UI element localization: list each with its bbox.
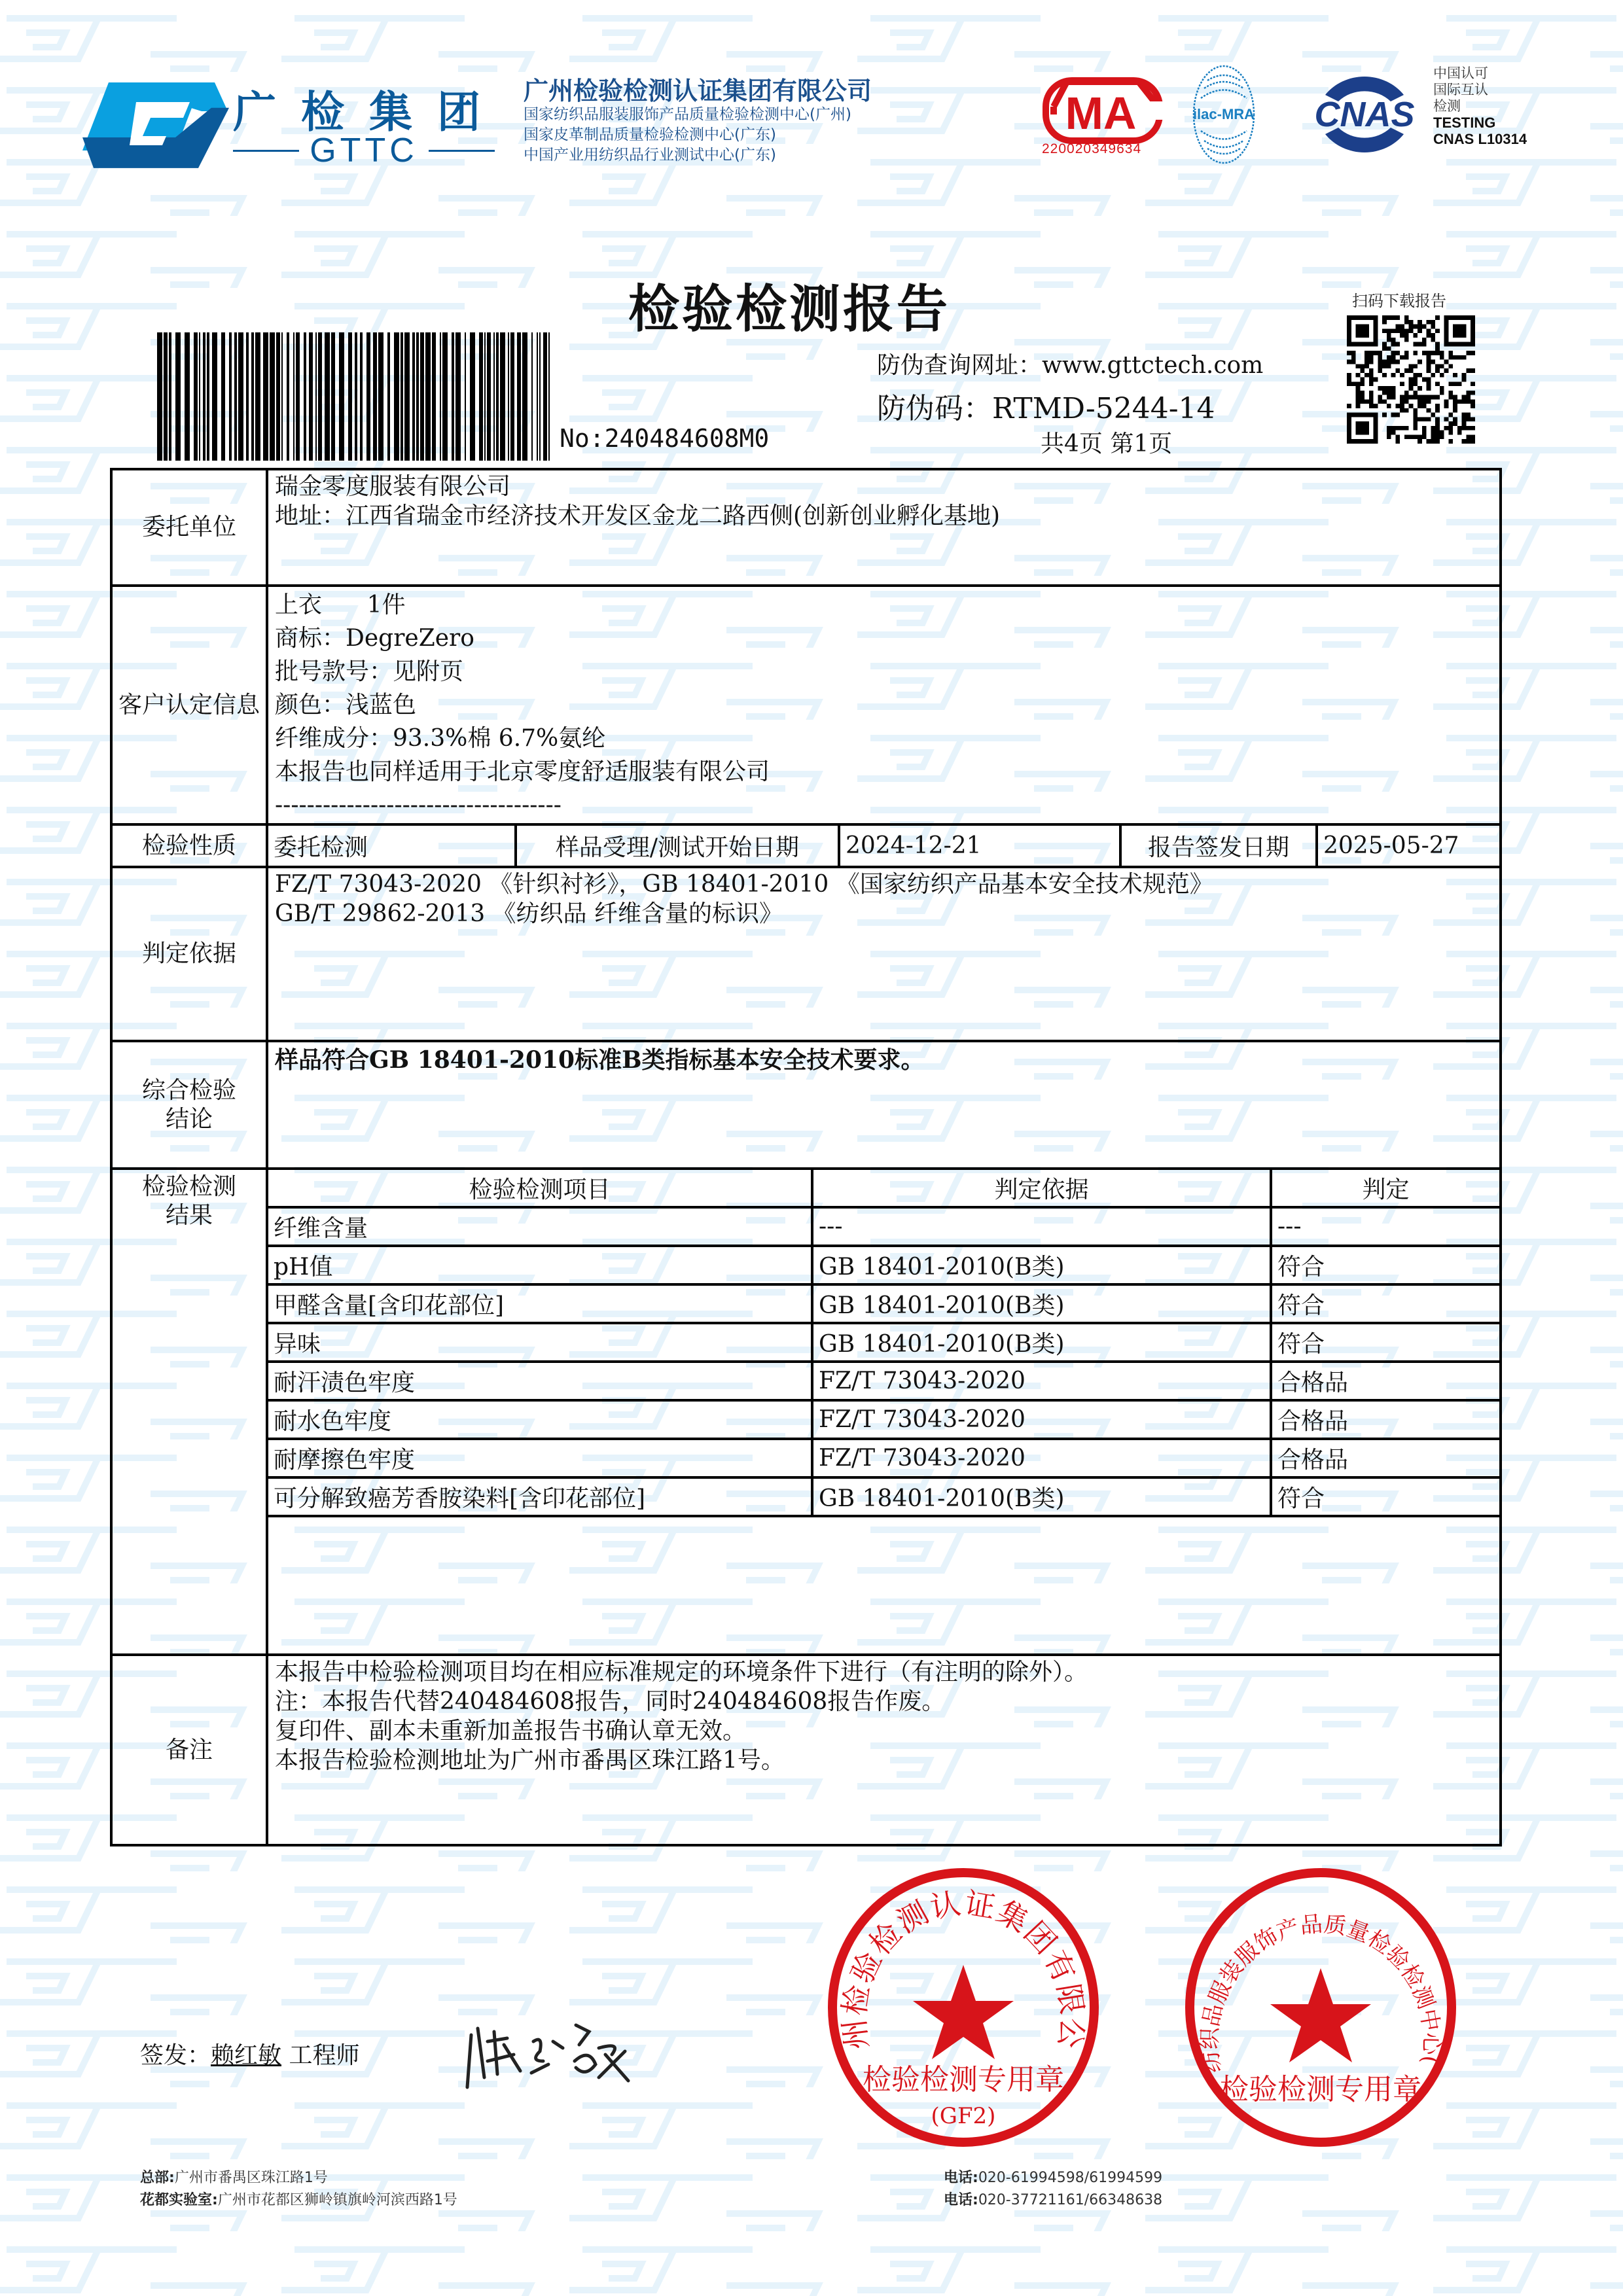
row-customer-info: 客户认定信息 上衣 1件商标：DegreZero批号款号：见附页颜色：浅蓝色纤维… bbox=[113, 587, 1499, 826]
row-conclusion: 综合检验结论 样品符合GB 18401-2010标准B类指标基本安全技术要求。 bbox=[113, 1042, 1499, 1170]
report-table: 委托单位 瑞金零度服装有限公司地址：江西省瑞金市经济技术开发区金龙二路西侧(创新… bbox=[110, 468, 1502, 1846]
label-customer-info: 客户认定信息 bbox=[113, 587, 268, 823]
row-remarks: 备注 本报告中检验检测项目均在相应标准规定的环境条件下进行（有注明的除外）。注：… bbox=[113, 1656, 1499, 1844]
customer-info-line: 颜色：浅蓝色 bbox=[275, 688, 1493, 722]
lab-address: 广州市花都区狮岭镇旗岭河滨西路1号 bbox=[218, 2192, 457, 2208]
customer-info-line: 商标：DegreZero bbox=[275, 622, 1493, 655]
cnas-code: CNAS L10314 bbox=[1433, 131, 1527, 147]
issuer-title: 工程师 bbox=[289, 2042, 359, 2069]
gttc-logo-icon bbox=[77, 77, 241, 169]
test-item: 耐汗渍色牢度 bbox=[268, 1363, 813, 1399]
results-row: 甲醛含量[含印花部位]GB 18401-2010(B类)符合 bbox=[268, 1286, 1499, 1324]
test-judgment: --- bbox=[1272, 1209, 1499, 1245]
results-row: 可分解致癌芳香胺染料[含印花部位]GB 18401-2010(B类)符合 bbox=[268, 1479, 1499, 1517]
issuer-line: 签发：赖红敏 工程师 bbox=[140, 2037, 360, 2070]
cnas-line: 检测 bbox=[1433, 98, 1527, 115]
report-title: 检验检测报告 bbox=[628, 268, 950, 342]
test-item: 可分解致癌芳香胺染料[含印花部位] bbox=[268, 1479, 813, 1515]
label-conclusion: 综合检验结论 bbox=[113, 1042, 268, 1167]
customer-info-line: 本报告也同样适用于北京零度舒适服装有限公司 bbox=[275, 755, 1493, 788]
label-issue-date: 报告签发日期 bbox=[1122, 826, 1318, 866]
svg-text:检验检测专用章: 检验检测专用章 bbox=[1220, 2073, 1421, 2106]
center-name: 国家纺织品服装服饰产品质量检验检测中心(广州) bbox=[524, 105, 851, 125]
test-basis: GB 18401-2010(B类) bbox=[813, 1286, 1272, 1322]
svg-text:检验检测专用章: 检验检测专用章 bbox=[863, 2063, 1064, 2096]
footer-phones: 电话:020-61994598/61994599 电话:020-37721161… bbox=[944, 2167, 1162, 2212]
label-results: 检验检测结果 bbox=[113, 1170, 268, 1653]
center-name: 中国产业用纺织品行业测试中心(广东) bbox=[524, 145, 851, 166]
test-judgment: 合格品 bbox=[1272, 1440, 1499, 1476]
client-address: 地址：江西省瑞金市经济技术开发区金龙二路西侧(创新创业孵化基地) bbox=[275, 501, 1493, 531]
test-basis: --- bbox=[813, 1209, 1272, 1245]
qr-code-icon[interactable] bbox=[1347, 314, 1475, 445]
barcode-icon bbox=[157, 332, 550, 461]
svg-text:MA: MA bbox=[1065, 88, 1137, 139]
results-row: 异味GB 18401-2010(B类)符合 bbox=[268, 1324, 1499, 1363]
results-header-row: 检验检测项目判定依据判定 bbox=[268, 1170, 1499, 1209]
svg-text:(GF2): (GF2) bbox=[931, 2103, 996, 2129]
report-number: No:240484608M0 bbox=[560, 424, 769, 453]
brand-name-en: GTTC bbox=[310, 131, 418, 170]
test-basis: FZ/T 73043-2020 bbox=[813, 1440, 1272, 1476]
cnas-description: 中国认可 国际互认 检测 TESTING CNAS L10314 bbox=[1433, 65, 1527, 147]
results-header-cell: 判定 bbox=[1272, 1170, 1499, 1206]
handwritten-signature bbox=[458, 2015, 635, 2094]
test-item: pH值 bbox=[268, 1247, 813, 1283]
results-row: 耐水色牢度FZ/T 73043-2020合格品 bbox=[268, 1402, 1499, 1440]
start-date: 2024-12-21 bbox=[840, 826, 1122, 866]
customer-info-line: 纤维成分：93.3%棉 6.7%氨纶 bbox=[275, 722, 1493, 755]
center-name: 国家皮革制品质量检验检测中心(广东) bbox=[524, 125, 851, 145]
results-header-cell: 检验检测项目 bbox=[268, 1170, 813, 1206]
center-list: 国家纺织品服装服饰产品质量检验检测中心(广州) 国家皮革制品质量检验检测中心(广… bbox=[524, 105, 851, 166]
test-basis: FZ/T 73043-2020 bbox=[813, 1402, 1272, 1438]
results-header-cell: 判定依据 bbox=[813, 1170, 1272, 1206]
customer-info-line: 上衣 1件 bbox=[275, 588, 1493, 622]
customer-info-lines: 上衣 1件商标：DegreZero批号款号：见附页颜色：浅蓝色纤维成分：93.3… bbox=[268, 587, 1499, 823]
test-judgment: 合格品 bbox=[1272, 1402, 1499, 1438]
inspection-seal-national-center: 国家纺织品服装服饰产品质量检验检测中心(广州) 检验检测专用章 bbox=[1183, 1867, 1458, 2148]
test-judgment: 合格品 bbox=[1272, 1363, 1499, 1399]
client-info: 瑞金零度服装有限公司地址：江西省瑞金市经济技术开发区金龙二路西侧(创新创业孵化基… bbox=[268, 470, 1499, 584]
brand-name-en-block: GTTC bbox=[233, 131, 495, 170]
issuer-prefix: 签发： bbox=[140, 2042, 211, 2069]
hq-label: 总部: bbox=[140, 2170, 175, 2186]
cnas-line: 中国认可 bbox=[1433, 65, 1527, 82]
scan-label: 扫码下载报告 bbox=[1352, 288, 1446, 311]
test-nature-value: 委托检测 bbox=[268, 826, 517, 866]
basis-line: FZ/T 73043-2020 《针织衬衫》，GB 18401-2010 《国家… bbox=[275, 870, 1493, 899]
test-judgment: 符合 bbox=[1272, 1324, 1499, 1360]
results-row: 耐摩擦色牢度FZ/T 73043-2020合格品 bbox=[268, 1440, 1499, 1479]
label-client: 委托单位 bbox=[113, 470, 268, 584]
test-basis: GB 18401-2010(B类) bbox=[813, 1479, 1272, 1515]
phone-label: 电话: bbox=[944, 2170, 978, 2186]
cnas-logo-icon: CNAS bbox=[1306, 69, 1423, 160]
client-name: 瑞金零度服装有限公司 bbox=[275, 472, 1493, 501]
test-item: 纤维含量 bbox=[268, 1209, 813, 1245]
test-judgment: 符合 bbox=[1272, 1247, 1499, 1283]
test-basis: GB 18401-2010(B类) bbox=[813, 1324, 1272, 1360]
test-basis: FZ/T 73043-2020 bbox=[813, 1363, 1272, 1399]
customer-info-line: 批号款号：见附页 bbox=[275, 655, 1493, 688]
remark-line: 本报告检验检测地址为广州市番禺区珠江路1号。 bbox=[275, 1746, 1493, 1775]
issue-date: 2025-05-27 bbox=[1318, 826, 1499, 866]
phone-label: 电话: bbox=[944, 2192, 978, 2208]
brand-name-cn: 广检集团 bbox=[233, 77, 505, 139]
divider-line bbox=[233, 150, 299, 152]
inspection-seal-gttc: 广州检验检测认证集团有限公司 检验检测专用章 (GF2) bbox=[826, 1867, 1101, 2148]
results-row: pH值GB 18401-2010(B类)符合 bbox=[268, 1247, 1499, 1286]
test-item: 耐水色牢度 bbox=[268, 1402, 813, 1438]
customer-info-line: ------------------------------------ bbox=[275, 788, 1493, 822]
company-name: 广州检验检测认证集团有限公司 bbox=[524, 71, 872, 107]
hq-address: 广州市番禺区珠江路1号 bbox=[175, 2170, 328, 2186]
remark-line: 复印件、副本未重新加盖报告书确认章无效。 bbox=[275, 1716, 1493, 1746]
row-test-nature: 检验性质 委托检测 样品受理/测试开始日期 2024-12-21 报告签发日期 … bbox=[113, 826, 1499, 868]
row-judgment-basis: 判定依据 FZ/T 73043-2020 《针织衬衫》，GB 18401-201… bbox=[113, 868, 1499, 1042]
cma-number: 220020349634 bbox=[1042, 141, 1141, 157]
test-item: 甲醛含量[含印花部位] bbox=[268, 1286, 813, 1322]
test-item: 异味 bbox=[268, 1324, 813, 1360]
basis-line: GB/T 29862-2013 《纺织品 纤维含量的标识》 bbox=[275, 899, 1493, 928]
label-judgment-basis: 判定依据 bbox=[113, 868, 268, 1040]
anti-fake-code: 防伪码：RTMD-5244-14 bbox=[877, 385, 1215, 427]
lab-phone: 020-37721161/66348638 bbox=[978, 2192, 1162, 2208]
lab-label: 花都实验室: bbox=[140, 2192, 218, 2208]
conclusion-text: 样品符合GB 18401-2010标准B类指标基本安全技术要求。 bbox=[268, 1042, 1499, 1167]
results-row: 耐汗渍色牢度FZ/T 73043-2020合格品 bbox=[268, 1363, 1499, 1402]
remark-line: 本报告中检验检测项目均在相应标准规定的环境条件下进行（有注明的除外）。 bbox=[275, 1657, 1493, 1687]
page-indicator: 共4页 第1页 bbox=[1041, 425, 1172, 459]
test-judgment: 符合 bbox=[1272, 1286, 1499, 1322]
test-judgment: 符合 bbox=[1272, 1479, 1499, 1515]
label-remarks: 备注 bbox=[113, 1656, 268, 1844]
row-results: 检验检测结果 检验检测项目判定依据判定纤维含量------pH值GB 18401… bbox=[113, 1170, 1499, 1656]
cnas-testing: TESTING bbox=[1433, 115, 1527, 131]
hq-phone: 020-61994598/61994599 bbox=[978, 2170, 1162, 2186]
remarks-text: 本报告中检验检测项目均在相应标准规定的环境条件下进行（有注明的除外）。注：本报告… bbox=[268, 1656, 1499, 1844]
row-client: 委托单位 瑞金零度服装有限公司地址：江西省瑞金市经济技术开发区金龙二路西侧(创新… bbox=[113, 470, 1499, 587]
issuer-name: 赖红敏 bbox=[211, 2042, 281, 2069]
divider-line bbox=[429, 150, 495, 152]
label-start-date: 样品受理/测试开始日期 bbox=[517, 826, 840, 866]
label-test-nature: 检验性质 bbox=[113, 826, 268, 866]
test-item: 耐摩擦色牢度 bbox=[268, 1440, 813, 1476]
anti-fake-query-url[interactable]: 防伪查询网址：www.gttctech.com bbox=[877, 347, 1263, 380]
svg-text:ilac-MRA: ilac-MRA bbox=[1193, 106, 1255, 122]
cnas-line: 国际互认 bbox=[1433, 82, 1527, 98]
results-row: 纤维含量------ bbox=[268, 1209, 1499, 1247]
svg-text:CNAS: CNAS bbox=[1314, 95, 1414, 134]
footer-addresses: 总部:广州市番禺区珠江路1号 花都实验室:广州市花都区狮岭镇旗岭河滨西路1号 bbox=[140, 2167, 457, 2212]
judgment-basis: FZ/T 73043-2020 《针织衬衫》，GB 18401-2010 《国家… bbox=[268, 868, 1499, 1040]
remark-line: 注：本报告代替240484608报告，同时240484608报告作废。 bbox=[275, 1687, 1493, 1716]
ilac-mra-logo-icon: ilac-MRA bbox=[1191, 62, 1257, 167]
test-basis: GB 18401-2010(B类) bbox=[813, 1247, 1272, 1283]
